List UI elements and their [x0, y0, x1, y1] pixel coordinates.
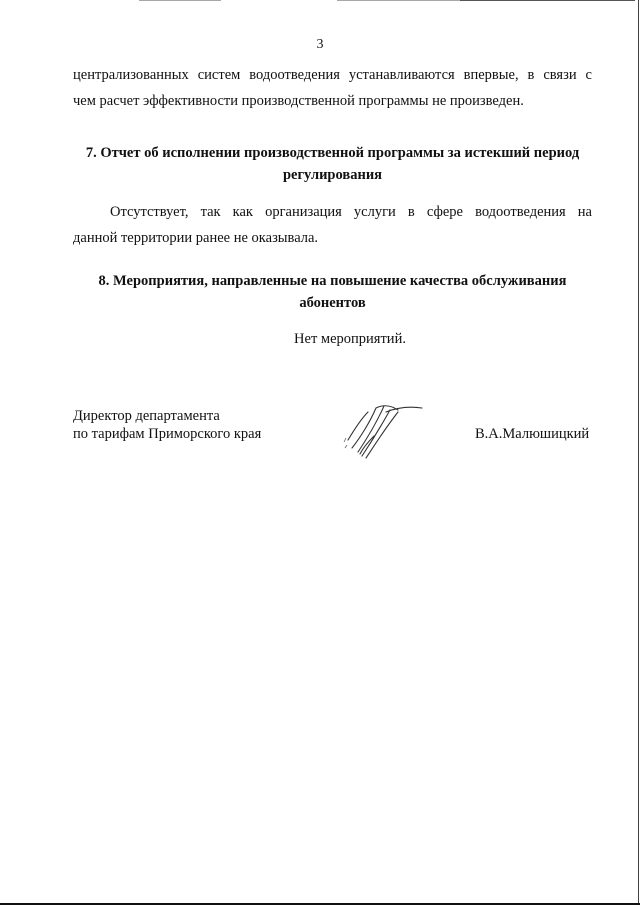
page-number: 3: [0, 37, 640, 53]
signatory-name: В.А.Малюшицкий: [475, 426, 589, 443]
section-8-heading-line-2: абонентов: [73, 292, 592, 314]
section-7-body-line-1: Отсутствует, так как организация услуги …: [73, 199, 592, 225]
intro-line-1: централизованных систем водоотведения ус…: [73, 62, 592, 88]
section-7-heading-line-1: 7. Отчет об исполнении производственной …: [73, 142, 592, 164]
signatory-position-line-2: по тарифам Приморского края: [73, 425, 261, 443]
handwritten-signature-icon: [340, 400, 430, 460]
section-8-body: Нет мероприятий.: [0, 331, 640, 348]
intro-paragraph: централизованных систем водоотведения ус…: [73, 62, 592, 114]
scan-edge-top-1: [139, 0, 221, 1]
section-8-heading-line-1: 8. Мероприятия, направленные на повышени…: [73, 270, 592, 292]
scan-edge-top-3: [460, 0, 635, 1]
intro-line-2: чем расчет эффективности производственно…: [73, 88, 592, 114]
section-7-body-line-2: данной территории ранее не оказывала.: [73, 225, 592, 251]
section-7-body: Отсутствует, так как организация услуги …: [73, 199, 592, 251]
signatory-position: Директор департамента по тарифам Приморс…: [73, 407, 261, 443]
section-7-heading-line-2: регулирования: [73, 164, 592, 186]
scan-edge-right: [638, 0, 639, 905]
section-7-heading: 7. Отчет об исполнении производственной …: [73, 142, 592, 186]
section-8-heading: 8. Мероприятия, направленные на повышени…: [73, 270, 592, 314]
scan-edge-top-2: [337, 0, 462, 1]
signatory-position-line-1: Директор департамента: [73, 407, 261, 425]
